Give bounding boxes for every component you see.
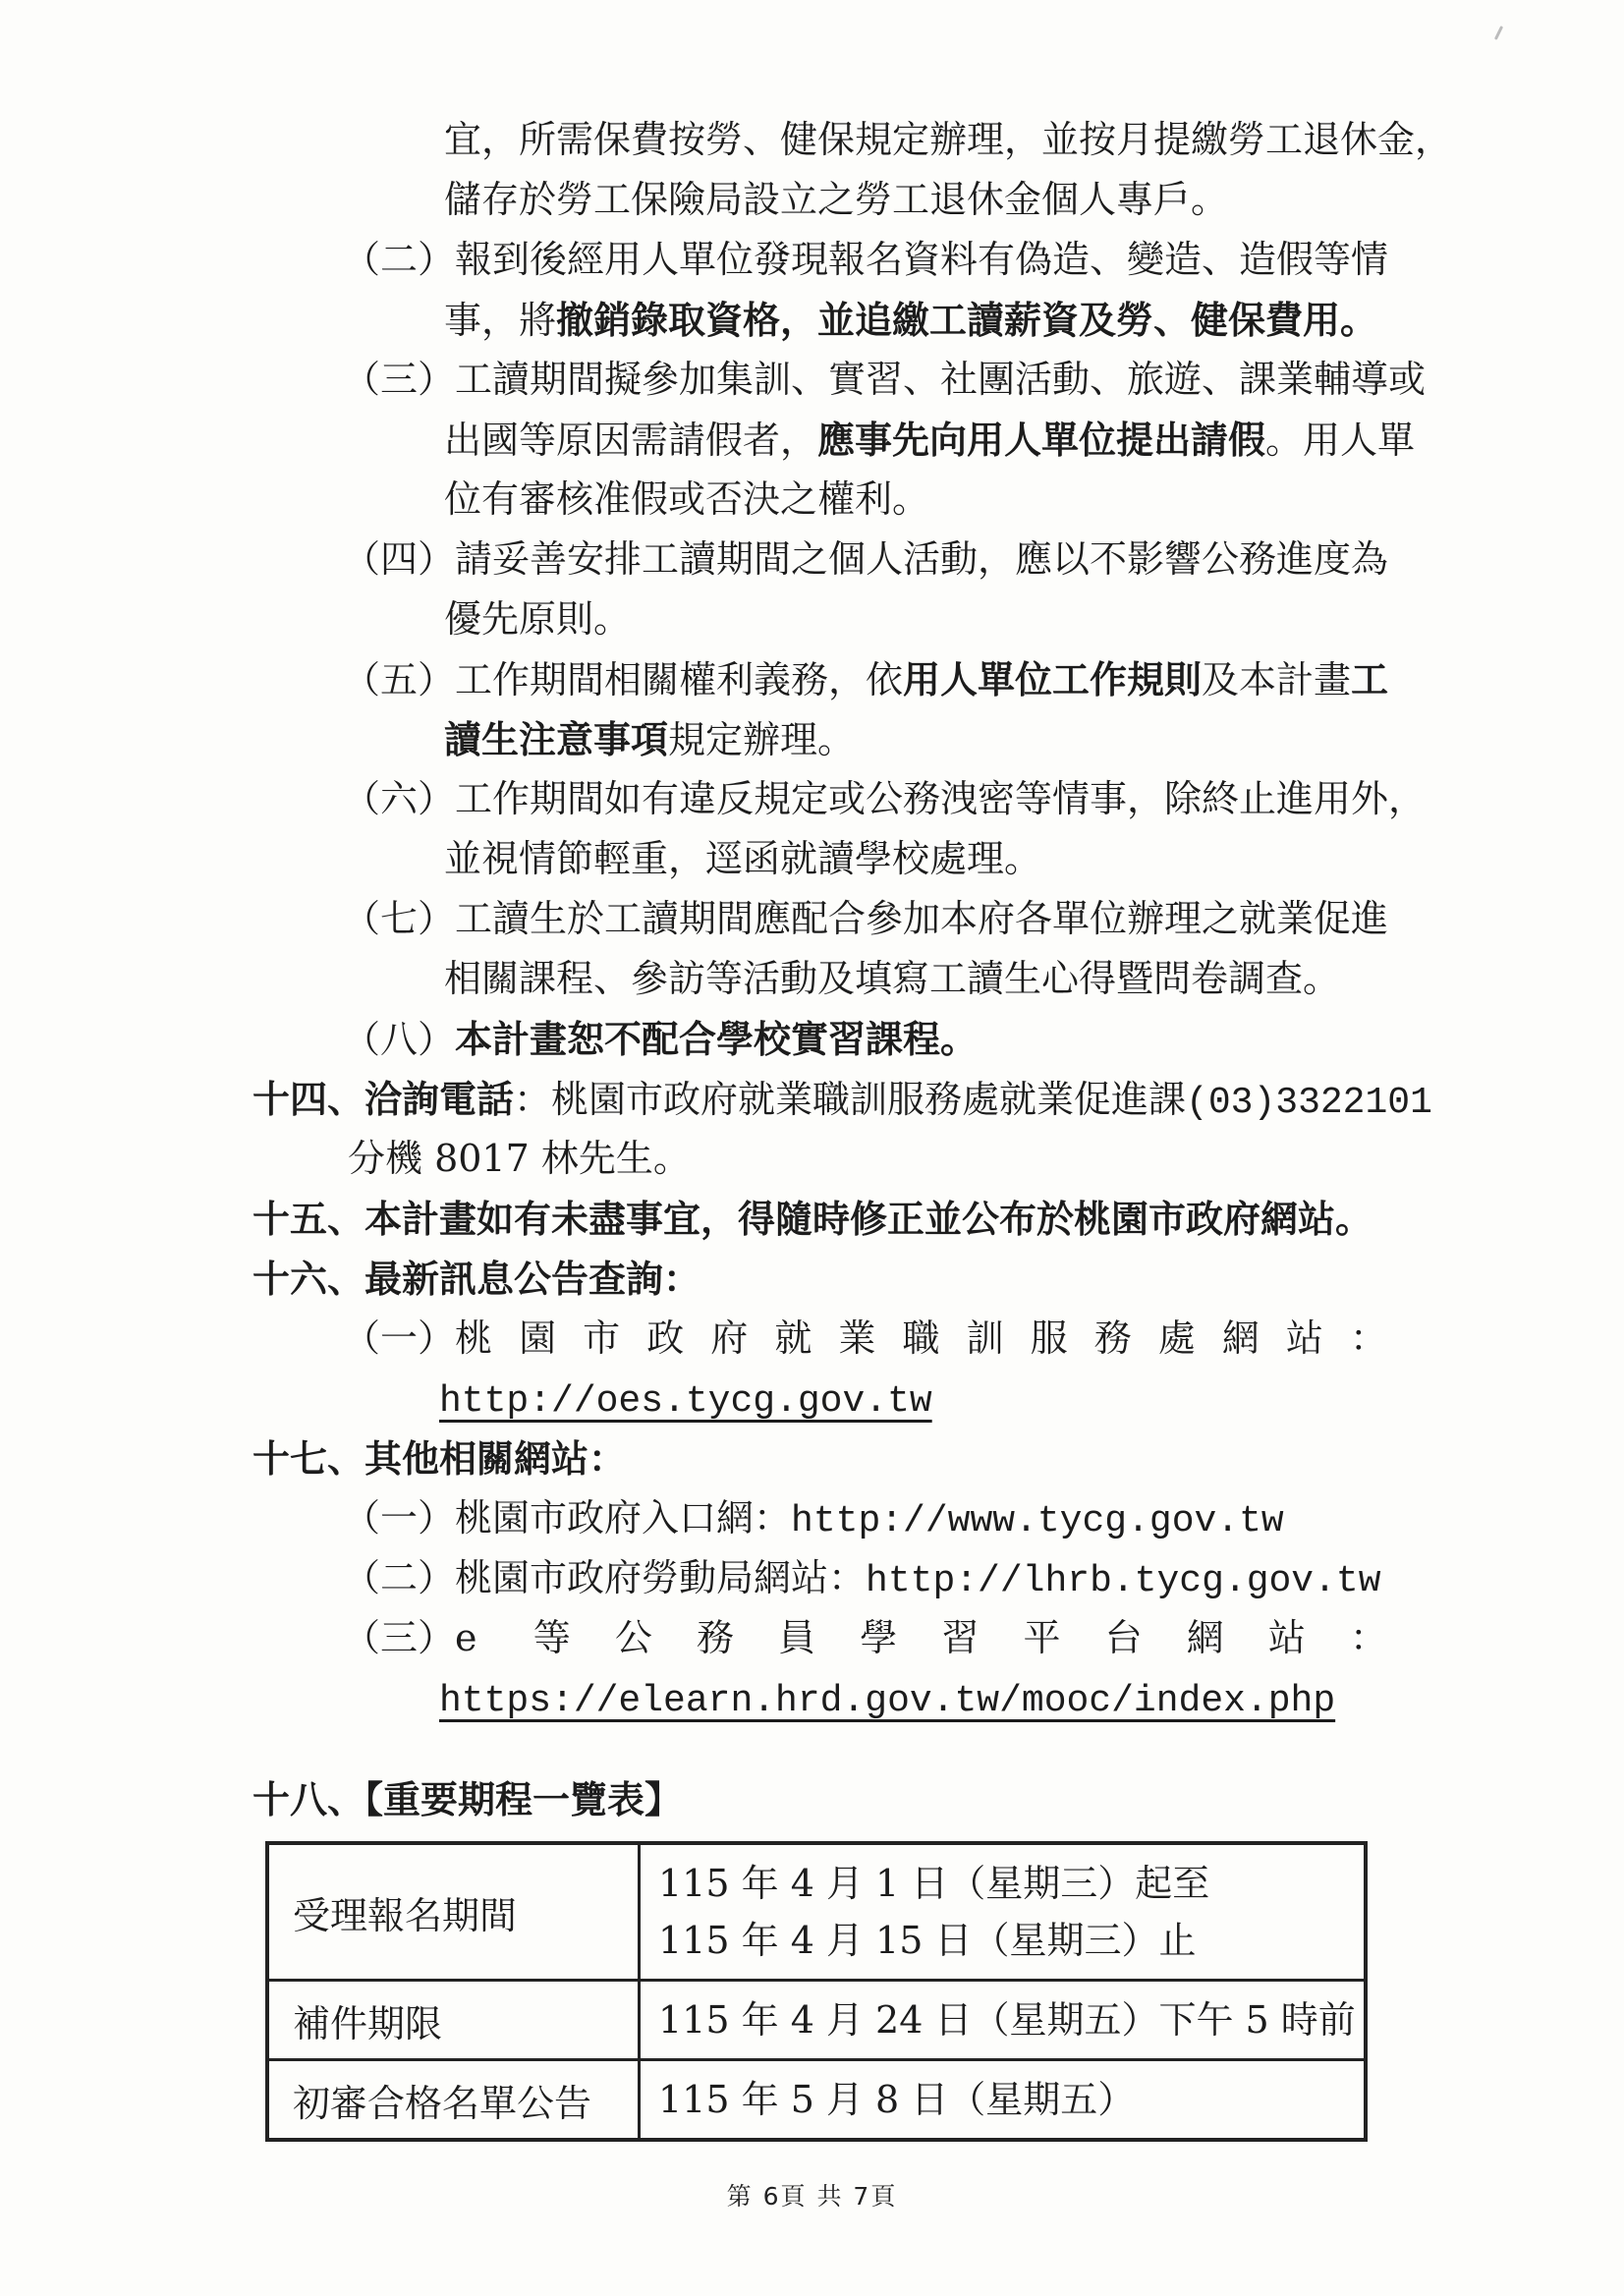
text-segment: 工作期間如有違反規定或公務洩密等情事，除終止進用外， — [455, 777, 1426, 820]
text-segment: 宜，所需保費按勞、健保規定辦理，並按月提繳勞工退休金， — [444, 118, 1452, 161]
text-segment: 十四、 — [252, 1077, 364, 1121]
table-row-value: 115 年 5 月 8 日（星期五） — [641, 2061, 1364, 2138]
text-segment: 工 — [1351, 657, 1388, 701]
document-line: 十六、最新訊息公告查詢： — [252, 1249, 1624, 1309]
table-row-label: 補件期限 — [269, 1982, 641, 2058]
text-segment: （二） — [343, 1556, 455, 1599]
document-line: 讀生注意事項規定辦理。 — [444, 709, 1624, 769]
document-line: （一）桃園市政府就業職訓服務處網站： — [343, 1309, 1387, 1369]
table-row-label: 受理報名期間 — [269, 1845, 641, 1979]
text-segment: 。用人單 — [1265, 419, 1415, 462]
document-line: （五）工作期間相關權利義務，依用人單位工作規則及本計畫工 — [343, 649, 1624, 709]
document-page: 宜，所需保費按勞、健保規定辦理，並按月提繳勞工退休金，儲存於勞工保險局設立之勞工… — [0, 0, 1624, 2296]
text-segment: （六） — [343, 777, 455, 820]
text-segment: 十八、【重要期程一覽表】 — [252, 1777, 682, 1821]
text-segment: 用人單位工作規則 — [903, 657, 1202, 701]
table-row-label: 初審合格名單公告 — [269, 2061, 641, 2138]
text-segment: 儲存於勞工保險局設立之勞工退休金個人專戶。 — [444, 178, 1228, 221]
text-segment: 分機 8017 林先生。 — [348, 1137, 691, 1180]
text-segment: 撤銷錄取資格，並追繳工讀薪資及勞、健保費用。 — [556, 298, 1377, 342]
scan-artifact — [1494, 26, 1503, 40]
text-segment: 優先原則。 — [444, 597, 631, 641]
text-segment: 十七、其他相關網站： — [252, 1436, 626, 1481]
document-body: 宜，所需保費按勞、健保規定辦理，並按月提繳勞工退休金，儲存於勞工保險局設立之勞工… — [0, 110, 1624, 1829]
text-segment: （一） — [343, 1309, 455, 1369]
document-line: 十五、本計畫如有未盡事宜，得隨時修正並公布於桃園市政府網站。 — [252, 1189, 1624, 1249]
document-line: 出國等原因需請假者，應事先向用人單位提出請假。用人單 — [444, 410, 1624, 470]
table-row-value: 115 年 4 月 1 日（星期三）起至115 年 4 月 15 日（星期三）止 — [641, 1845, 1364, 1979]
text-segment: 本計畫恕不配合學校實習課程。 — [455, 1017, 978, 1061]
text-segment: e 等公務員學習平台網站： — [455, 1608, 1387, 1668]
document-line: 事，將撤銷錄取資格，並追繳工讀薪資及勞、健保費用。 — [444, 290, 1624, 350]
text-segment: （一） — [343, 1496, 455, 1540]
document-line: （二）桃園市政府勞動局網站：http://lhrb.tycg.gov.tw — [343, 1548, 1624, 1608]
text-segment: （三） — [343, 1608, 455, 1668]
text-segment: （七） — [343, 897, 455, 940]
text-segment: （三） — [343, 358, 455, 401]
text-segment: （二） — [343, 238, 455, 281]
table-row: 受理報名期間 115 年 4 月 1 日（星期三）起至115 年 4 月 15 … — [269, 1845, 1364, 1982]
text-segment: 報到後經用人單位發現報名資料有偽造、變造、造假等情 — [455, 238, 1388, 281]
text-segment: 工作期間相關權利義務，依 — [455, 658, 903, 701]
url-text: https://elearn.hrd.gov.tw/mooc/index.php — [439, 1680, 1335, 1722]
text-segment: （八） — [343, 1018, 455, 1061]
url-text: http://oes.tycg.gov.tw — [439, 1380, 932, 1423]
document-line: 並視情節輕重，逕函就讀學校處理。 — [444, 829, 1624, 889]
document-line: http://oes.tycg.gov.tw — [439, 1369, 1624, 1428]
table-cell-line: 115 年 4 月 1 日（星期三）起至 — [658, 1855, 1364, 1912]
text-segment: （五） — [343, 658, 455, 701]
text-segment: 並視情節輕重，逕函就讀學校處理。 — [444, 837, 1041, 880]
document-line: 十四、洽詢電話：桃園市政府就業職訓服務處就業促進課(03)3322101 — [252, 1069, 1624, 1129]
document-line: （三）工讀期間擬參加集訓、實習、社團活動、旅遊、課業輔導或 — [343, 350, 1624, 410]
table-row: 初審合格名單公告 115 年 5 月 8 日（星期五） — [269, 2061, 1364, 2138]
document-line: 十七、其他相關網站： — [252, 1428, 1624, 1488]
document-line: （四）請妥善安排工讀期間之個人活動，應以不影響公務進度為 — [343, 530, 1624, 589]
text-segment: (03)3322101 — [1186, 1082, 1432, 1124]
text-segment: 桃園市政府入口網： — [455, 1496, 791, 1540]
document-line: 十八、【重要期程一覽表】 — [252, 1769, 1624, 1829]
text-segment: 請妥善安排工讀期間之個人活動，應以不影響公務進度為 — [455, 537, 1388, 581]
document-line: （三）e 等公務員學習平台網站： — [343, 1608, 1387, 1668]
table-cell-line: 115 年 4 月 24 日（星期五）下午 5 時前 — [658, 1991, 1364, 2048]
text-segment: 出國等原因需請假者， — [444, 419, 817, 462]
document-line: （七）工讀生於工讀期間應配合參加本府各單位辦理之就業促進 — [343, 889, 1624, 949]
text-segment: 讀生注意事項 — [444, 717, 668, 761]
table-cell-line: 115 年 5 月 8 日（星期五） — [658, 2071, 1364, 2128]
document-line: 儲存於勞工保險局設立之勞工退休金個人專戶。 — [444, 170, 1624, 230]
text-segment: 桃園市政府就業職訓服務處網站： — [455, 1309, 1387, 1369]
url-text: http://lhrb.tycg.gov.tw — [866, 1560, 1381, 1602]
text-segment: 十六、最新訊息公告查詢： — [252, 1257, 700, 1301]
document-line: （八）本計畫恕不配合學校實習課程。 — [343, 1009, 1624, 1069]
text-segment: 十五、本計畫如有未盡事宜，得隨時修正並公布於桃園市政府網站。 — [252, 1197, 1372, 1241]
text-segment: 規定辦理。 — [668, 718, 855, 761]
document-line: （六）工作期間如有違反規定或公務洩密等情事，除終止進用外， — [343, 769, 1624, 829]
document-line: 宜，所需保費按勞、健保規定辦理，並按月提繳勞工退休金， — [444, 110, 1624, 170]
document-line: 位有審核准假或否決之權利。 — [444, 470, 1624, 530]
document-line: （一）桃園市政府入口網：http://www.tycg.gov.tw — [343, 1488, 1624, 1548]
document-line: （二）報到後經用人單位發現報名資料有偽造、變造、造假等情 — [343, 230, 1624, 290]
document-line: 分機 8017 林先生。 — [348, 1129, 1624, 1189]
table-cell-line: 115 年 4 月 15 日（星期三）止 — [658, 1912, 1364, 1969]
url-text: http://www.tycg.gov.tw — [791, 1500, 1284, 1542]
text-segment: （四） — [343, 537, 455, 581]
text-segment: 洽詢電話 — [364, 1077, 514, 1121]
table-row-value: 115 年 4 月 24 日（星期五）下午 5 時前 — [641, 1982, 1364, 2058]
text-segment: 應事先向用人單位提出請假 — [817, 418, 1265, 462]
document-line: 相關課程、參訪等活動及填寫工讀生心得暨問卷調查。 — [444, 949, 1624, 1009]
document-line: https://elearn.hrd.gov.tw/mooc/index.php — [439, 1668, 1624, 1728]
text-segment: 工讀生於工讀期間應配合參加本府各單位辦理之就業促進 — [455, 897, 1388, 940]
schedule-table: 受理報名期間 115 年 4 月 1 日（星期三）起至115 年 4 月 15 … — [265, 1841, 1368, 2142]
text-segment: 及本計畫 — [1202, 658, 1351, 701]
page-footer: 第 6頁 共 7頁 — [0, 2177, 1624, 2212]
text-segment: 事，將 — [444, 299, 556, 342]
text-segment: ：桃園市政府就業職訓服務處就業促進課 — [514, 1078, 1186, 1121]
text-segment: 位有審核准假或否決之權利。 — [444, 477, 929, 521]
document-line: 優先原則。 — [444, 589, 1624, 649]
text-segment: 工讀期間擬參加集訓、實習、社團活動、旅遊、課業輔導或 — [455, 358, 1426, 401]
text-segment: 桃園市政府勞動局網站： — [455, 1556, 866, 1599]
table-row: 補件期限 115 年 4 月 24 日（星期五）下午 5 時前 — [269, 1982, 1364, 2061]
text-segment: 相關課程、參訪等活動及填寫工讀生心得暨問卷調查。 — [444, 957, 1340, 1000]
